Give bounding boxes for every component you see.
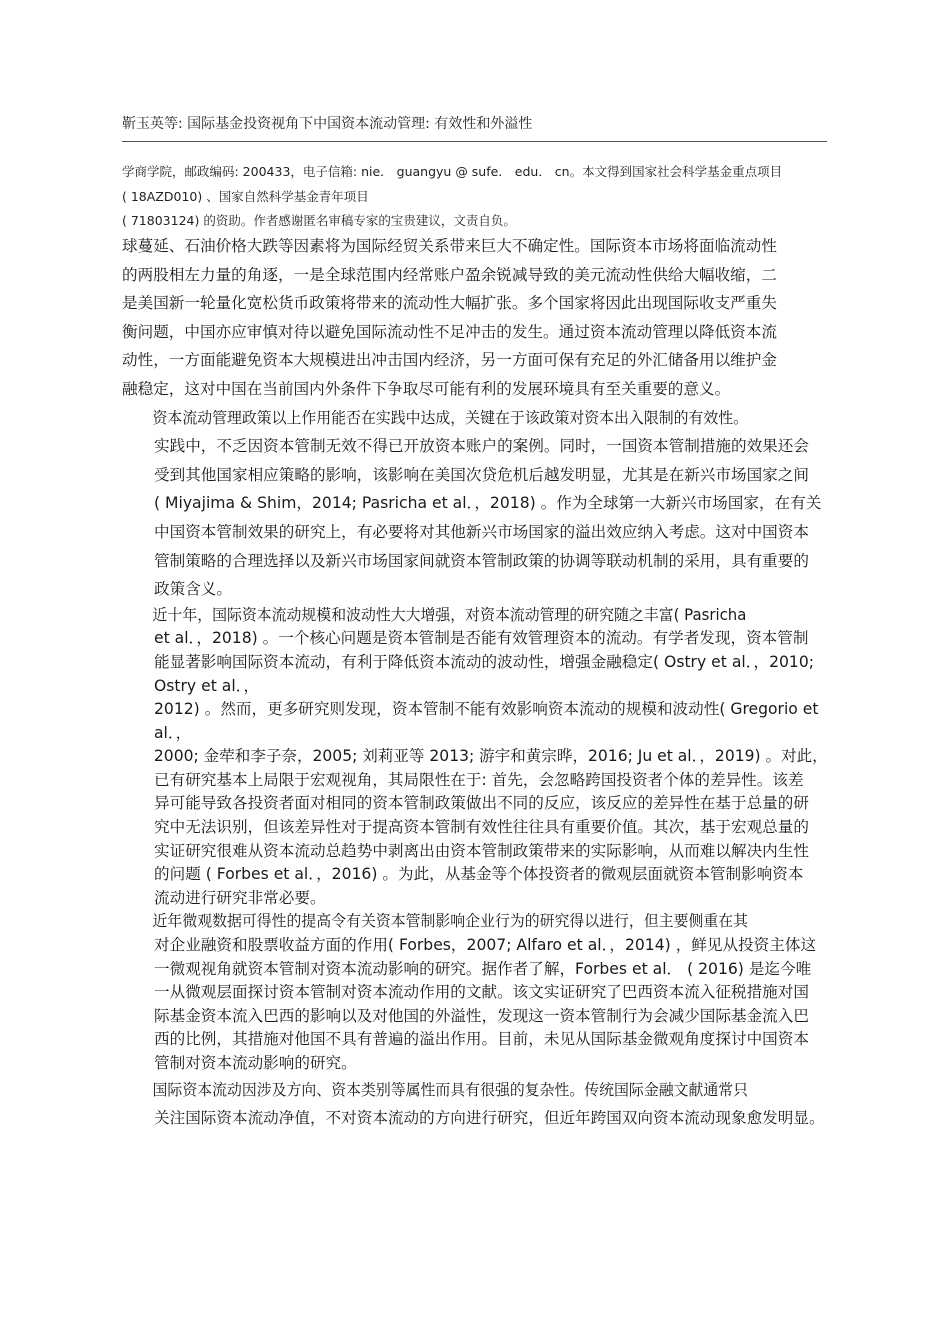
paragraph-2: 资本流动管理政策以上作用能否在实践中达成，关键在于该政策对资本出入限制的有效性。… bbox=[122, 404, 828, 604]
text-line: 近十年，国际资本流动规模和波动性大大增强，对资本流动管理的研究随之丰富( Pas… bbox=[122, 604, 796, 628]
text-line: 是美国新一轮量化宽松货币政策将带来的流动性大幅扩张。多个国家将因此出现国际收支严… bbox=[122, 289, 828, 318]
text-line: 管制对资本流动影响的研究。 bbox=[122, 1052, 828, 1076]
text-line: 国际资本流动因涉及方向、资本类别等属性而具有很强的复杂性。传统国际金融文献通常只 bbox=[122, 1076, 796, 1105]
paragraph-1: 球蔓延、石油价格大跌等因素将为国际经贸关系带来巨大不确定性。国际资本市场将面临流… bbox=[122, 232, 828, 404]
text-line: 西的比例，其措施对他国不具有普遍的溢出作用。目前，未见从国际基金微观角度探讨中国… bbox=[122, 1028, 828, 1052]
text-line: 衡问题，中国亦应审慎对待以避免国际流动性不足冲击的发生。通过资本流动管理以降低资… bbox=[122, 318, 828, 347]
text-line: 实践中，不乏因资本管制无效不得已开放资本账户的案例。同时，一国资本管制措施的效果… bbox=[122, 432, 828, 461]
footnote-line: ( 18AZD010) 、国家自然科学基金青年项目 bbox=[122, 185, 828, 210]
author-footnote: 学商学院，邮政编码: 200433，电子信箱: nie． guangyu @ s… bbox=[122, 160, 828, 234]
text-line: al．， bbox=[122, 722, 828, 746]
text-line: 球蔓延、石油价格大跌等因素将为国际经贸关系带来巨大不确定性。国际资本市场将面临流… bbox=[122, 232, 828, 261]
text-line: 管制策略的合理选择以及新兴市场国家间就资本管制政策的协调等联动机制的采用，具有重… bbox=[122, 547, 828, 576]
text-line: 的两股相左力量的角逐，一是全球范围内经常账户盈余锐减导致的美元流动性供给大幅收缩… bbox=[122, 261, 828, 290]
header-rule bbox=[122, 141, 827, 142]
text-line: et al．，2018) 。一个核心问题是资本管制是否能有效管理资本的流动。有学… bbox=[122, 627, 828, 651]
text-line: 实证研究很难从资本流动总趋势中剥离出由资本管制政策带来的实际影响，从而难以解决内… bbox=[122, 840, 828, 864]
paragraph-5: 国际资本流动因涉及方向、资本类别等属性而具有很强的复杂性。传统国际金融文献通常只… bbox=[122, 1076, 828, 1133]
text-line: 能显著影响国际资本流动，有利于降低资本流动的波动性，增强金融稳定( Ostry … bbox=[122, 651, 828, 675]
text-line: 中国资本管制效果的研究上，有必要将对其他新兴市场国家的溢出效应纳入考虑。这对中国… bbox=[122, 518, 828, 547]
text-line: 融稳定，这对中国在当前国内外条件下争取尽可能有利的发展环境具有至关重要的意义。 bbox=[122, 375, 828, 404]
running-head: 靳玉英等: 国际基金投资视角下中国资本流动管理: 有效性和外溢性 bbox=[122, 114, 532, 134]
text-line: Ostry et al．， bbox=[122, 675, 828, 699]
text-line: 已有研究基本上局限于宏观视角，其局限性在于: 首先，会忽略跨国投资者个体的差异性… bbox=[122, 769, 828, 793]
text-line: 关注国际资本流动净值，不对资本流动的方向进行研究，但近年跨国双向资本流动现象愈发… bbox=[122, 1104, 828, 1133]
footnote-line: ( 71803124) 的资助。作者感谢匿名审稿专家的宝贵建议，文责自负。 bbox=[122, 209, 828, 234]
text-line: 受到其他国家相应策略的影响，该影响在美国次贷危机后越发明显，尤其是在新兴市场国家… bbox=[122, 461, 828, 490]
text-line: 对企业融资和股票收益方面的作用( Forbes，2007; Alfaro et … bbox=[122, 934, 828, 958]
text-line: 一从微观层面探讨资本管制对资本流动作用的文献。该文实证研究了巴西资本流入征税措施… bbox=[122, 981, 828, 1005]
text-line: 一微观视角就资本管制对资本流动影响的研究。据作者了解，Forbes et al．… bbox=[122, 958, 828, 982]
text-line: 政策含义。 bbox=[122, 575, 828, 604]
text-line: 异可能导致各投资者面对相同的资本管制政策做出不同的反应，该反应的差异性在基于总量… bbox=[122, 792, 828, 816]
text-line: 的问题 ( Forbes et al．，2016) 。为此，从基金等个体投资者的… bbox=[122, 863, 828, 887]
text-line: 资本流动管理政策以上作用能否在实践中达成，关键在于该政策对资本出入限制的有效性。 bbox=[122, 404, 796, 433]
text-line: 际基金资本流入巴西的影响以及对他国的外溢性，发现这一资本管制行为会减少国际基金流… bbox=[122, 1005, 828, 1029]
text-line: 近年微观数据可得性的提高令有关资本管制影响企业行为的研究得以进行，但主要侧重在其 bbox=[122, 910, 796, 934]
text-line: ( Miyajima & Shim，2014; Pasricha et al．，… bbox=[122, 489, 828, 518]
text-line: 流动进行研究非常必要。 bbox=[122, 887, 828, 911]
paragraph-4: 近年微观数据可得性的提高令有关资本管制影响企业行为的研究得以进行，但主要侧重在其… bbox=[122, 910, 828, 1075]
footnote-line: 学商学院，邮政编码: 200433，电子信箱: nie． guangyu @ s… bbox=[122, 160, 828, 185]
text-line: 动性，一方面能避免资本大规模进出冲击国内经济，另一方面可保有充足的外汇储备用以维… bbox=[122, 346, 828, 375]
text-line: 2000; 金荦和李子奈，2005; 刘莉亚等 2013; 游宇和黄宗晔，201… bbox=[122, 745, 826, 769]
paragraph-3: 近十年，国际资本流动规模和波动性大大增强，对资本流动管理的研究随之丰富( Pas… bbox=[122, 604, 828, 911]
body-text: 球蔓延、石油价格大跌等因素将为国际经贸关系带来巨大不确定性。国际资本市场将面临流… bbox=[122, 232, 828, 1133]
text-line: 2012) 。然而，更多研究则发现，资本管制不能有效影响资本流动的规模和波动性(… bbox=[122, 698, 828, 722]
text-line: 究中无法识别，但该差异性对于提高资本管制有效性往往具有重要价值。其次，基于宏观总… bbox=[122, 816, 828, 840]
